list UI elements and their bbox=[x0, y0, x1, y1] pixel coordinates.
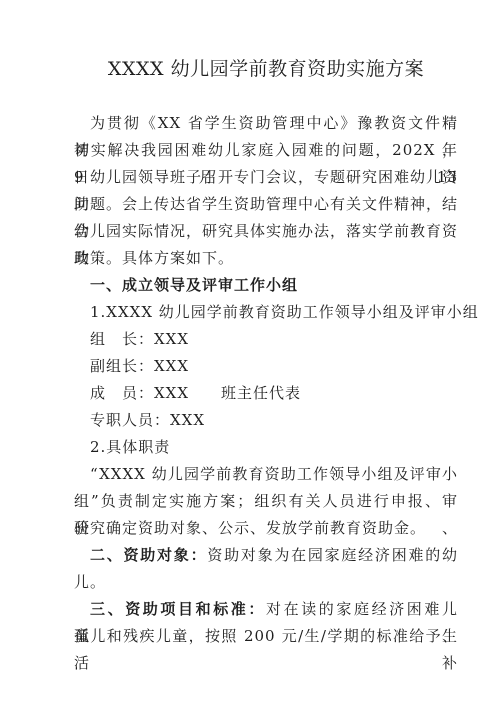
paragraph-line: 孤儿和残疾儿童，按照 200 元/生/学期的标准给予生活补 bbox=[74, 623, 458, 650]
role-staff-line: 专职人员：XXX bbox=[74, 407, 458, 434]
paragraph-line: 研究确定资助对象、公示、发放学前教育资助金。 bbox=[74, 515, 458, 542]
document-body: 为贯彻《XX 省学生资助管理中心》豫教资文件精神， 切实解决我园困难幼儿家庭入园… bbox=[74, 110, 458, 650]
list-item-line: 1.XXXX 幼儿园学前教育资助工作领导小组及评审小组 bbox=[74, 299, 458, 326]
document-page: XXXX 幼儿园学前教育资助实施方案 为贯彻《XX 省学生资助管理中心》豫教资文… bbox=[0, 0, 500, 707]
paragraph-line: 组”负责制定实施方案；组织有关人员进行申报、审验、 bbox=[74, 488, 458, 515]
paragraph-line: 问题。会上传达省学生资助管理中心有关文件精神，结合 bbox=[74, 191, 458, 218]
role-deputy-leader-line: 副组长：XXX bbox=[74, 353, 458, 380]
list-item-line: 2.具体职责 bbox=[74, 434, 458, 461]
section-heading-2-text: 资助对象为在园家庭经济困难的幼 bbox=[207, 546, 458, 564]
paragraph-line: 日幼儿园领导班子召开专门会议，专题研究困难幼儿资助 bbox=[74, 164, 458, 191]
section-heading-1: 一、成立领导及评审工作小组 bbox=[74, 272, 458, 299]
paragraph-line: 为贯彻《XX 省学生资助管理中心》豫教资文件精神， bbox=[74, 110, 458, 137]
paragraph-line: 切实解决我园困难幼儿家庭入园难的问题，202X 年 9 月 13 bbox=[74, 137, 458, 164]
role-leader-line: 组 长：XXX bbox=[74, 326, 458, 353]
section-heading-3-label: 三、资助项目和标准： bbox=[90, 600, 266, 618]
paragraph-line: 儿。 bbox=[74, 569, 458, 596]
paragraph-line: 幼儿园实际情况，研究具体实施办法，落实学前教育资助 bbox=[74, 218, 458, 245]
document-title: XXXX 幼儿园学前教育资助实施方案 bbox=[74, 54, 458, 84]
paragraph-line: 政策。具体方案如下。 bbox=[74, 245, 458, 272]
section-heading-2-line: 二、资助对象：资助对象为在园家庭经济困难的幼 bbox=[74, 542, 458, 569]
section-heading-2-label: 二、资助对象： bbox=[90, 546, 207, 564]
role-members-line: 成 员：XXX 班主任代表 bbox=[74, 380, 458, 407]
paragraph-line: “XXXX 幼儿园学前教育资助工作领导小组及评审小 bbox=[74, 461, 458, 488]
section-heading-3-line: 三、资助项目和标准：对在读的家庭经济困难儿童、 bbox=[74, 596, 458, 623]
